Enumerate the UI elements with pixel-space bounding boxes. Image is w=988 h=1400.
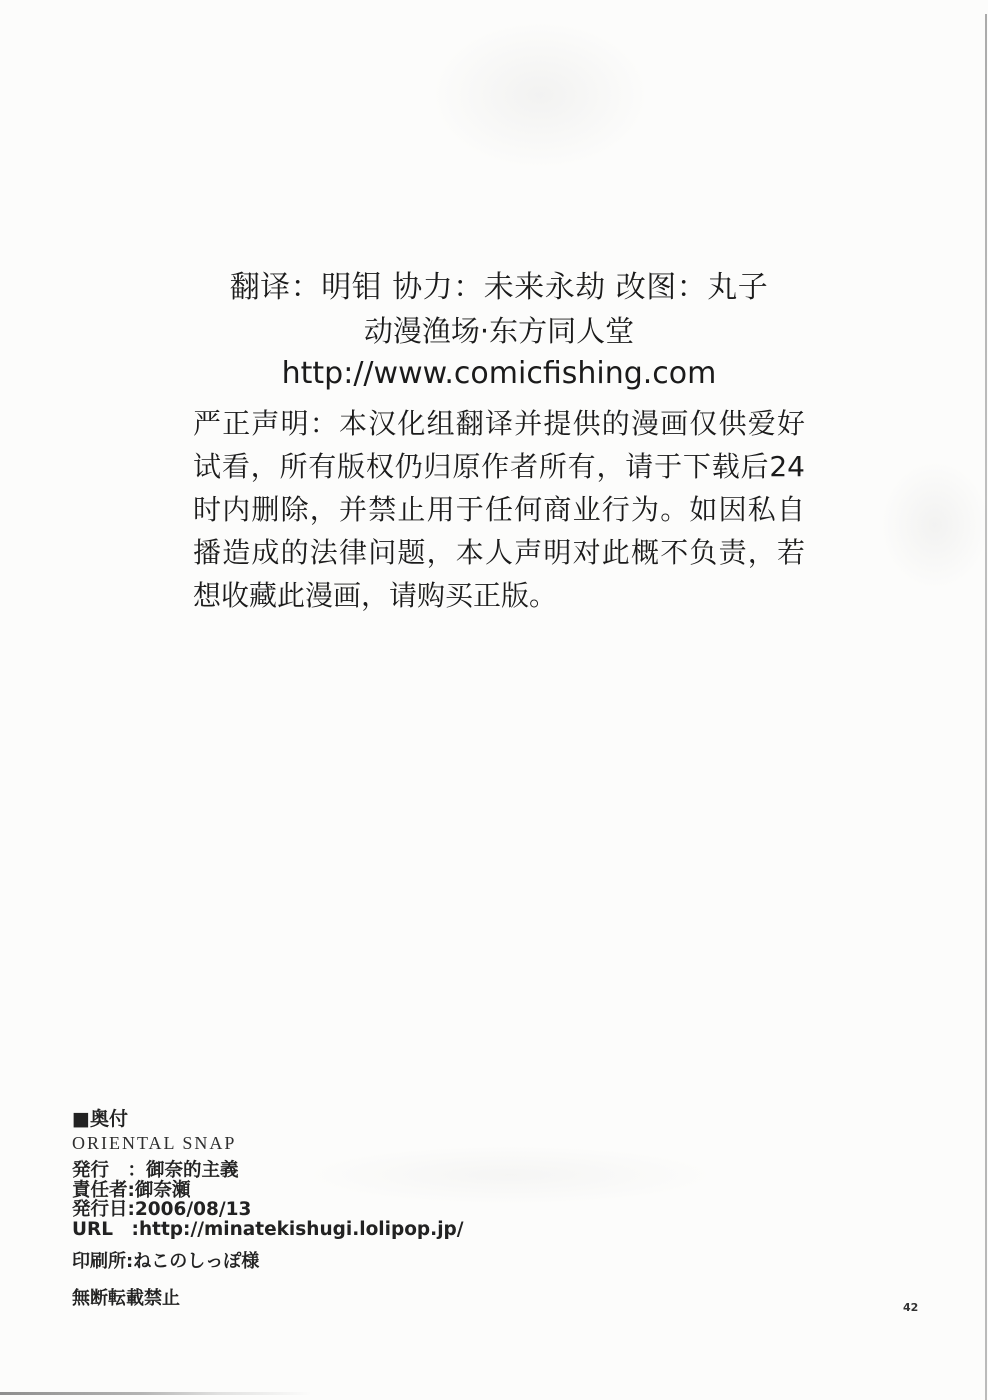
scanned-credits-page: 翻译：明钼 协力：未来永劫 改图：丸子 动漫渔场·东方同人堂 http://ww… bbox=[0, 0, 988, 1400]
translation-credits-block: 翻译：明钼 协力：未来永劫 改图：丸子 动漫渔场·东方同人堂 http://ww… bbox=[193, 266, 805, 617]
publication-date-line: 発行日:2006/08/13 bbox=[72, 1200, 464, 1220]
colophon-block: ■奥付 ORIENTAL SNAP 発行 ：御奈的主義 責任者:御奈瀬 発行日:… bbox=[72, 1108, 464, 1309]
disclaimer-line: 试看，所有版权仍归原作者所有，请于下载后24小 bbox=[193, 445, 805, 488]
disclaimer-line: 想收藏此漫画，请购买正版。 bbox=[193, 574, 805, 617]
publisher-url-line: URL :http://minatekishugi.lolipop.jp/ bbox=[72, 1220, 464, 1240]
scan-smudge bbox=[880, 460, 988, 590]
credits-website-url: http://www.comicfishing.com bbox=[193, 352, 805, 396]
page-curl-shadow bbox=[0, 1392, 312, 1395]
disclaimer-line: 严正声明：本汉化组翻译并提供的漫画仅供爱好者 bbox=[193, 402, 805, 445]
no-reproduction-notice: 無断転載禁止 bbox=[72, 1289, 464, 1309]
disclaimer-paragraph: 严正声明：本汉化组翻译并提供的漫画仅供爱好者 试看，所有版权仍归原作者所有，请于… bbox=[193, 402, 805, 617]
credits-staff-line: 翻译：明钼 协力：未来永劫 改图：丸子 bbox=[193, 266, 805, 310]
publication-info: 発行 ：御奈的主義 責任者:御奈瀬 発行日:2006/08/13 URL :ht… bbox=[72, 1161, 464, 1239]
credits-group-name: 动漫渔场·东方同人堂 bbox=[193, 310, 805, 352]
printer-line: 印刷所:ねこのしっぽ様 bbox=[72, 1252, 464, 1272]
scan-smudge bbox=[430, 20, 650, 170]
responsible-person-line: 責任者:御奈瀬 bbox=[72, 1181, 464, 1201]
scan-page-edge-line bbox=[985, 14, 987, 1400]
page-number: 42 bbox=[903, 1301, 918, 1314]
publisher-line: 発行 ：御奈的主義 bbox=[72, 1161, 464, 1181]
disclaimer-line: 时内删除，并禁止用于任何商业行为。如因私自散 bbox=[193, 488, 805, 531]
work-title: ORIENTAL SNAP bbox=[72, 1131, 464, 1155]
disclaimer-line: 播造成的法律问题，本人声明对此概不负责，若您 bbox=[193, 531, 805, 574]
colophon-section-header: ■奥付 bbox=[72, 1108, 464, 1131]
